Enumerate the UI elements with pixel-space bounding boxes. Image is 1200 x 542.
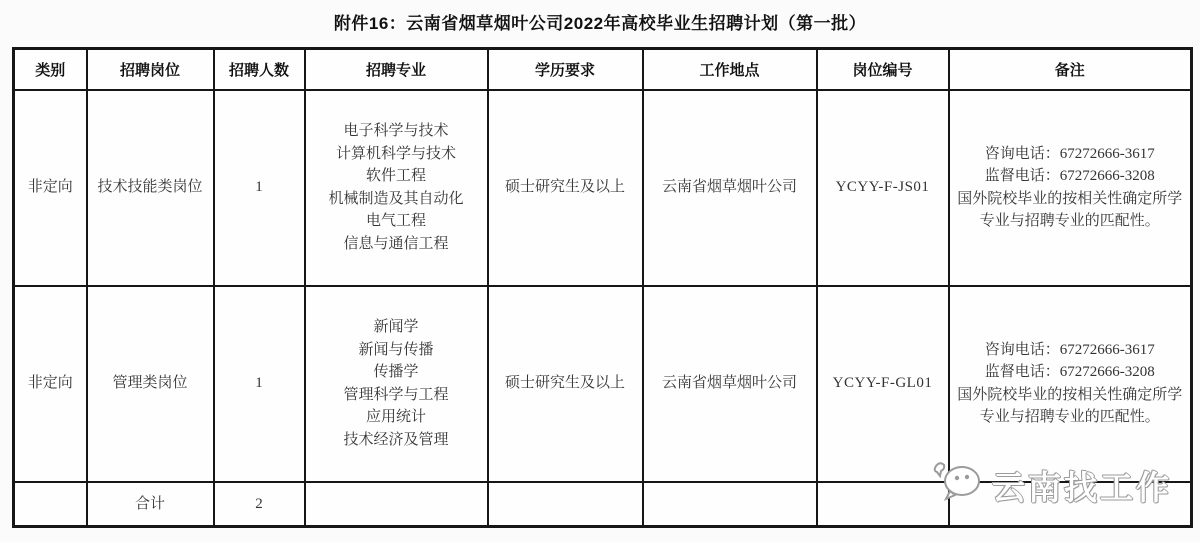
table-body: 非定向 技术技能类岗位 1 电子科学与技术 计算机科学与技术 软件工程 机械制造… xyxy=(14,90,1192,527)
cell-category: 非定向 xyxy=(14,286,87,482)
col-header-count: 招聘人数 xyxy=(214,49,305,90)
table-row-management: 非定向 管理类岗位 1 新闻学 新闻与传播 传播学 管理科学与工程 应用统计 技… xyxy=(14,286,1192,482)
cell-location: 云南省烟草烟叶公司 xyxy=(643,286,817,482)
col-header-majors: 招聘专业 xyxy=(305,49,488,90)
cell-education: 硕士研究生及以上 xyxy=(488,90,643,286)
cell-education: 硕士研究生及以上 xyxy=(488,286,643,482)
cell-count: 1 xyxy=(214,286,305,482)
cell-empty xyxy=(488,482,643,527)
table-row-total: 合计 2 xyxy=(14,482,1192,527)
cell-empty xyxy=(14,482,87,527)
cell-code: YCYY-F-GL01 xyxy=(817,286,949,482)
col-header-location: 工作地点 xyxy=(643,49,817,90)
table-row-technical: 非定向 技术技能类岗位 1 电子科学与技术 计算机科学与技术 软件工程 机械制造… xyxy=(14,90,1192,286)
header-row: 类别 招聘岗位 招聘人数 招聘专业 学历要求 工作地点 岗位编号 备注 xyxy=(14,49,1192,90)
col-header-remarks: 备注 xyxy=(949,49,1192,90)
col-header-category: 类别 xyxy=(14,49,87,90)
cell-code: YCYY-F-JS01 xyxy=(817,90,949,286)
col-header-code: 岗位编号 xyxy=(817,49,949,90)
cell-count: 1 xyxy=(214,90,305,286)
cell-remarks: 咨询电话：67272666-3617 监督电话：67272666-3208 国外… xyxy=(949,90,1192,286)
cell-empty xyxy=(305,482,488,527)
cell-empty xyxy=(643,482,817,527)
cell-position: 管理类岗位 xyxy=(87,286,214,482)
cell-remarks: 咨询电话：67272666-3617 监督电话：67272666-3208 国外… xyxy=(949,286,1192,482)
document-page: 附件16：云南省烟草烟叶公司2022年高校毕业生招聘计划（第一批） 类别 招聘岗… xyxy=(0,0,1200,542)
page-title: 附件16：云南省烟草烟叶公司2022年高校毕业生招聘计划（第一批） xyxy=(0,0,1200,34)
cell-total-count: 2 xyxy=(214,482,305,527)
cell-majors: 电子科学与技术 计算机科学与技术 软件工程 机械制造及其自动化 电气工程 信息与… xyxy=(305,90,488,286)
cell-position: 技术技能类岗位 xyxy=(87,90,214,286)
cell-location: 云南省烟草烟叶公司 xyxy=(643,90,817,286)
col-header-position: 招聘岗位 xyxy=(87,49,214,90)
cell-total-label: 合计 xyxy=(87,482,214,527)
col-header-education: 学历要求 xyxy=(488,49,643,90)
recruitment-table: 类别 招聘岗位 招聘人数 招聘专业 学历要求 工作地点 岗位编号 备注 非定向 … xyxy=(12,47,1193,528)
cell-category: 非定向 xyxy=(14,90,87,286)
table-header: 类别 招聘岗位 招聘人数 招聘专业 学历要求 工作地点 岗位编号 备注 xyxy=(14,49,1192,90)
cell-majors: 新闻学 新闻与传播 传播学 管理科学与工程 应用统计 技术经济及管理 xyxy=(305,286,488,482)
cell-empty xyxy=(949,482,1192,527)
cell-empty xyxy=(817,482,949,527)
